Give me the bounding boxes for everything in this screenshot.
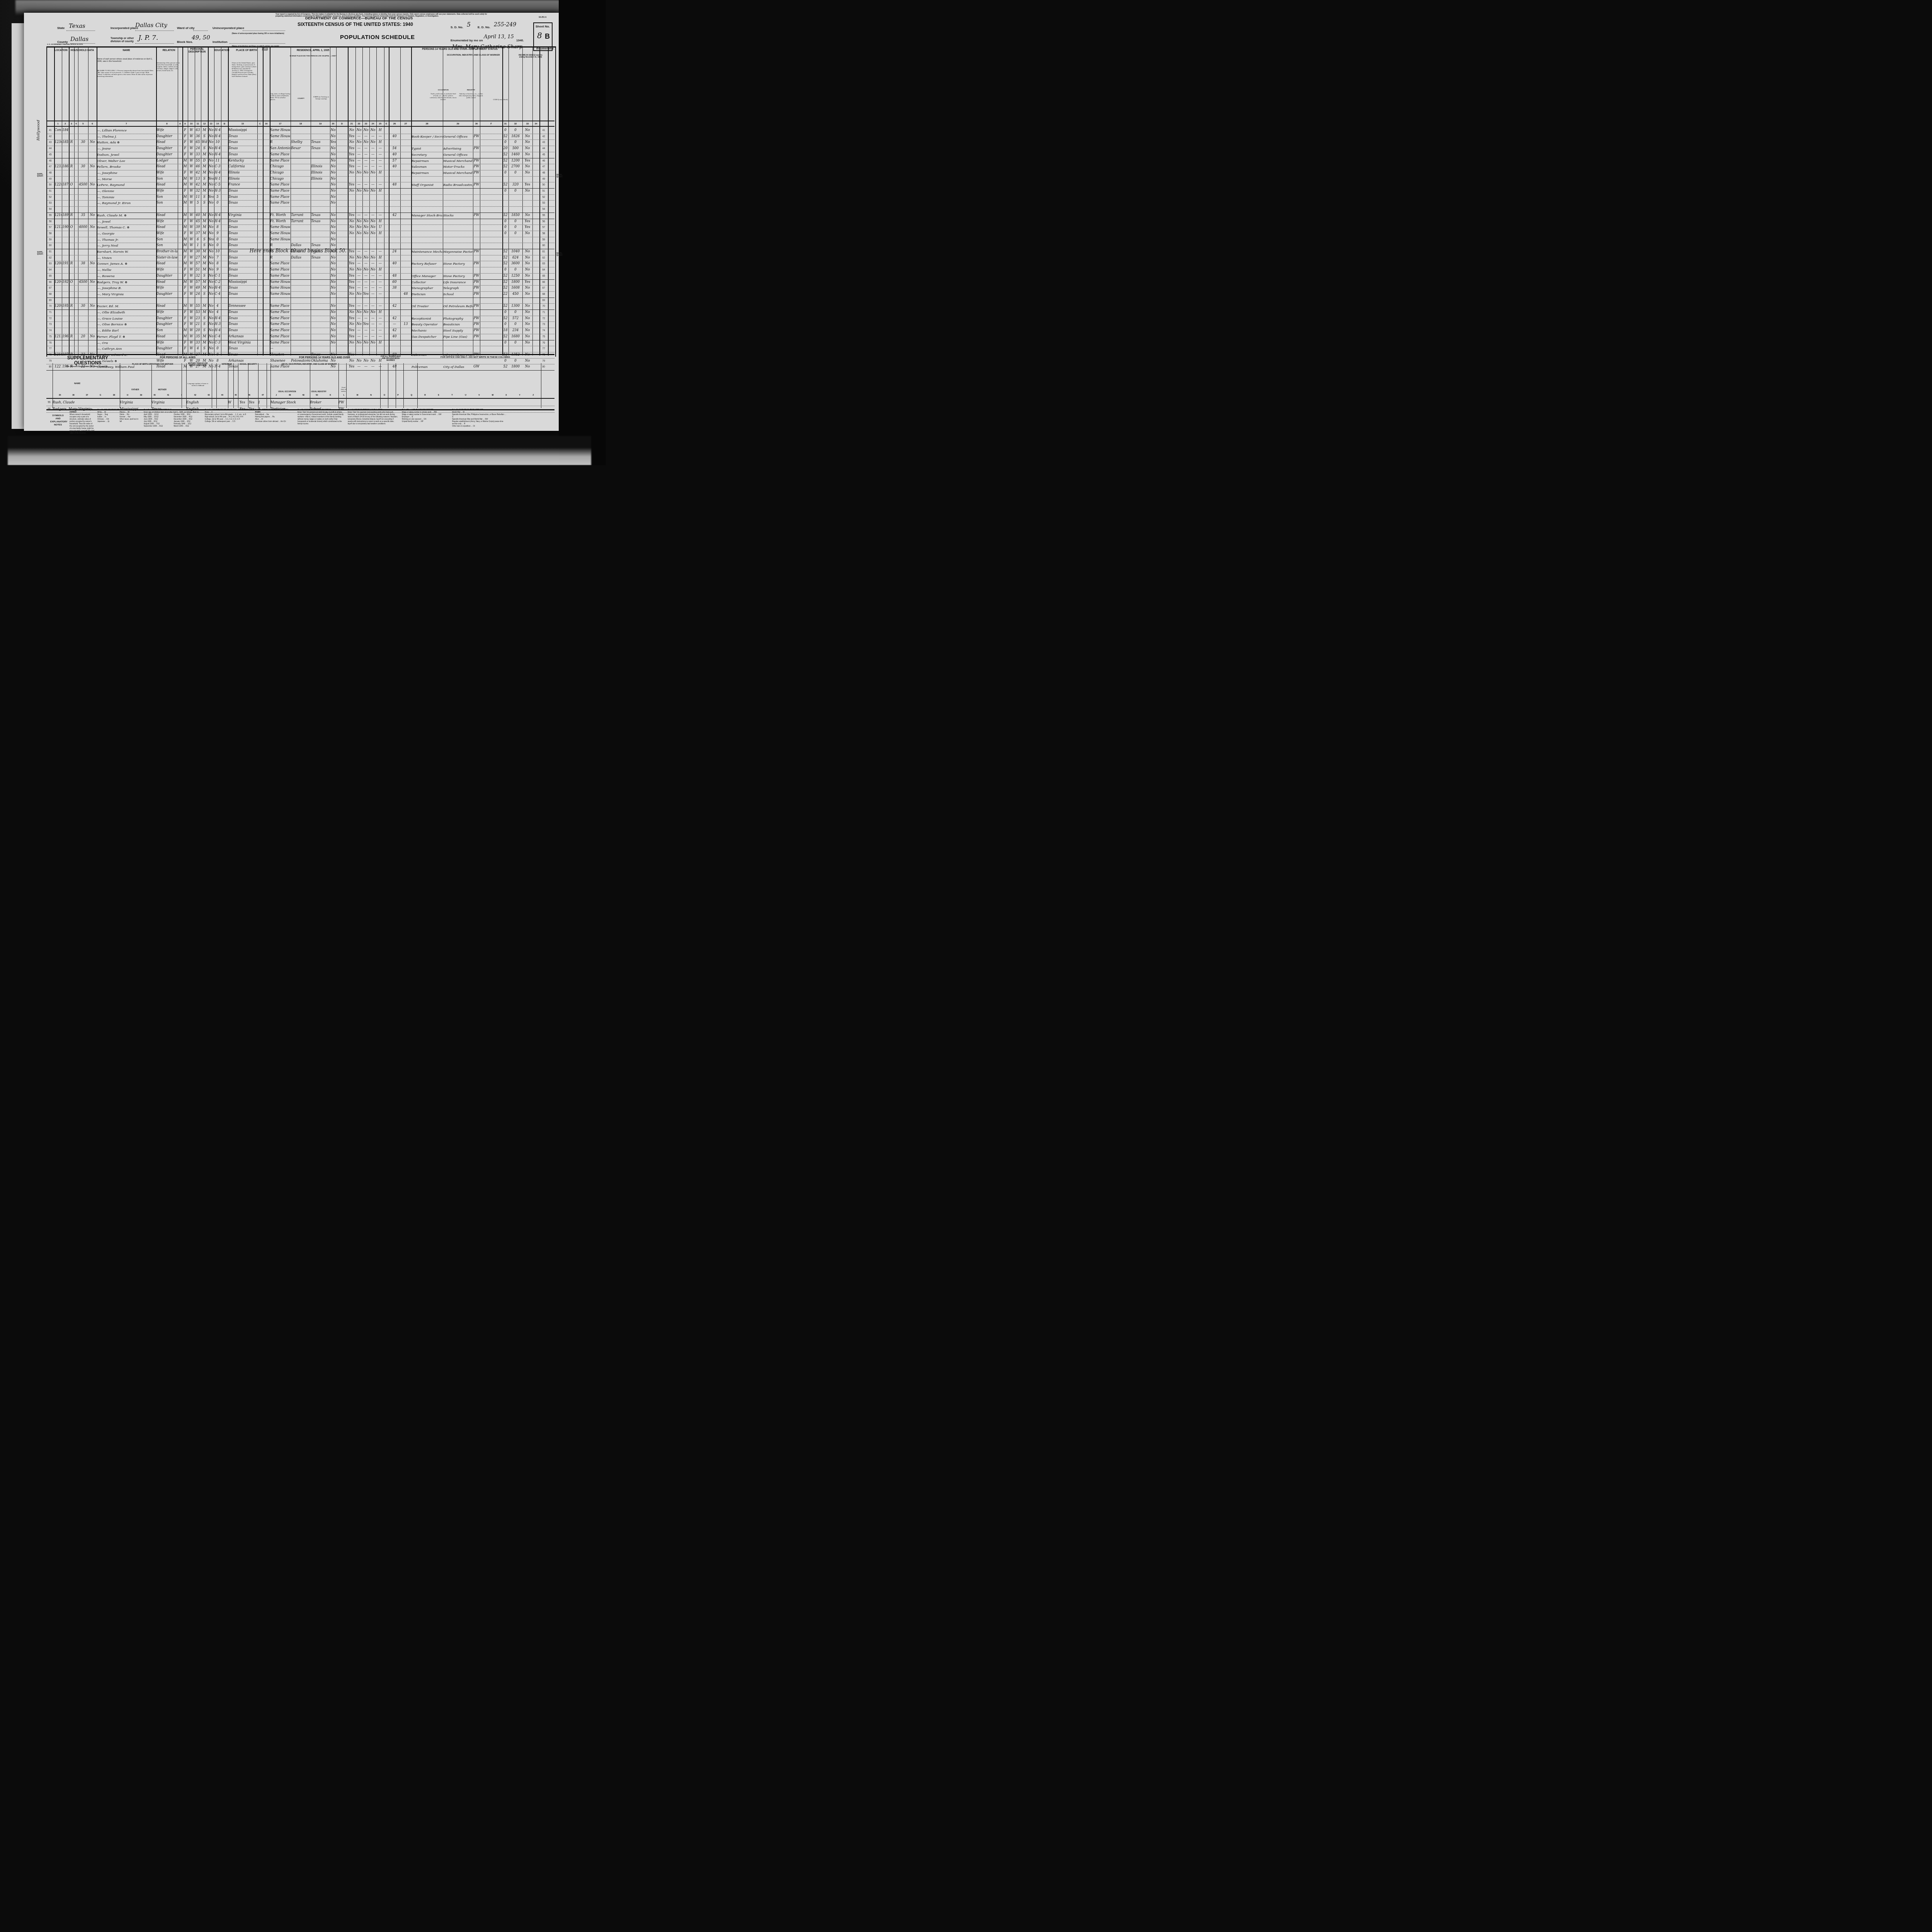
cell-school[interactable]: No bbox=[208, 188, 214, 194]
cell-class[interactable] bbox=[473, 267, 480, 273]
cell-c24[interactable]: — bbox=[370, 334, 376, 340]
cell-res-state[interactable]: Texas bbox=[311, 146, 330, 152]
cell-c26[interactable]: 24 bbox=[389, 249, 400, 255]
cell-c23[interactable]: — bbox=[363, 328, 369, 334]
cell-marital[interactable]: M bbox=[201, 267, 207, 273]
cell-c23[interactable]: — bbox=[363, 273, 369, 279]
cell-res-city[interactable]: Same Place bbox=[270, 152, 290, 158]
table-row[interactable]: 6969 bbox=[46, 298, 554, 304]
cell-res-state[interactable] bbox=[311, 182, 330, 188]
cell-res-city[interactable]: Same House bbox=[270, 134, 290, 140]
cell-value[interactable] bbox=[78, 219, 88, 225]
cell-wages[interactable]: 500 bbox=[509, 146, 522, 152]
cell-school[interactable]: No bbox=[208, 303, 214, 310]
cell-sex[interactable]: M bbox=[183, 164, 187, 170]
cell-birth[interactable]: France bbox=[228, 182, 257, 188]
cell-value[interactable] bbox=[78, 206, 88, 213]
cell-c22[interactable]: No bbox=[356, 188, 362, 194]
cell-farm[interactable] bbox=[88, 316, 96, 322]
cell-own[interactable] bbox=[75, 237, 78, 243]
supp-cell-vet-war[interactable]: W bbox=[228, 400, 233, 406]
cell-name[interactable]: —, Ora bbox=[97, 340, 156, 346]
cell-c23[interactable]: No bbox=[363, 139, 369, 146]
cell-birth[interactable]: Texas bbox=[228, 316, 257, 322]
cell-school[interactable]: No bbox=[208, 231, 214, 237]
cell-c27[interactable] bbox=[401, 273, 411, 279]
cell-house[interactable] bbox=[62, 310, 68, 316]
cell-c25[interactable] bbox=[377, 237, 384, 243]
cell-birth[interactable]: Mississippi bbox=[228, 128, 257, 134]
cell-sex[interactable]: M bbox=[183, 237, 187, 243]
cell-farm[interactable]: No bbox=[88, 182, 96, 188]
cell-school[interactable]: No bbox=[208, 261, 214, 267]
cell-c24[interactable]: No bbox=[370, 255, 376, 261]
cell-relation[interactable]: Daughter bbox=[156, 152, 177, 158]
cell-street[interactable]: 1232 bbox=[54, 164, 61, 170]
cell-c25[interactable] bbox=[377, 298, 384, 304]
cell-industry[interactable]: Life Insurance bbox=[443, 279, 473, 286]
table-row[interactable]: 751213196R20NoFarner, Floyd T. ⊗HeadMW35… bbox=[46, 334, 554, 340]
cell-c26[interactable]: 60 bbox=[389, 279, 400, 286]
cell-sex[interactable]: M bbox=[183, 158, 187, 164]
cell-occupation[interactable]: Office Manager bbox=[412, 273, 442, 279]
cell-c21[interactable]: Yes bbox=[348, 328, 355, 334]
cell-c25[interactable]: H bbox=[377, 267, 384, 273]
cell-grade[interactable]: C-2 bbox=[214, 279, 221, 286]
cell-relation[interactable]: Son bbox=[156, 328, 177, 334]
cell-name[interactable]: —, Rowena bbox=[97, 273, 156, 279]
cell-race[interactable]: W bbox=[188, 134, 194, 140]
cell-sex[interactable]: M bbox=[183, 243, 187, 249]
cell-c27[interactable] bbox=[401, 134, 411, 140]
cell-res-county[interactable] bbox=[291, 134, 310, 140]
cell-industry[interactable]: General Offices bbox=[443, 152, 473, 158]
cell-c23[interactable] bbox=[363, 346, 369, 352]
cell-wages[interactable]: 1200 bbox=[509, 158, 522, 164]
cell-age[interactable]: 53 bbox=[195, 310, 201, 316]
cell-value[interactable] bbox=[78, 176, 88, 182]
cell-c25[interactable]: H bbox=[377, 188, 384, 194]
cell-marital[interactable]: S bbox=[201, 291, 207, 298]
cell-race[interactable]: W bbox=[188, 188, 194, 194]
cell-street[interactable] bbox=[54, 152, 61, 158]
cell-c22[interactable]: — bbox=[356, 182, 362, 188]
cell-c25[interactable]: — bbox=[377, 213, 384, 219]
cell-occupation[interactable] bbox=[412, 310, 442, 316]
cell-hh[interactable] bbox=[69, 267, 74, 273]
cell-relation[interactable]: Head bbox=[156, 224, 177, 231]
cell-marital[interactable]: M bbox=[201, 231, 207, 237]
cell-industry[interactable] bbox=[443, 267, 473, 273]
cell-res-county[interactable] bbox=[291, 273, 310, 279]
cell-c21[interactable]: No bbox=[348, 340, 355, 346]
cell-relation[interactable]: Head bbox=[156, 261, 177, 267]
cell-class[interactable] bbox=[473, 340, 480, 346]
cell-age[interactable]: 36 bbox=[195, 134, 201, 140]
cell-wages[interactable]: 3600 bbox=[509, 261, 522, 267]
cell-relation[interactable] bbox=[156, 206, 177, 213]
cell-house[interactable] bbox=[62, 158, 68, 164]
cell-weeks[interactable]: 0 bbox=[503, 310, 508, 316]
table-row[interactable]: 72—, Grace LouiseDaughterFW23SNoH-4Texas… bbox=[46, 316, 554, 322]
cell-school[interactable]: No bbox=[208, 224, 214, 231]
cell-c26[interactable] bbox=[389, 206, 400, 213]
cell-value[interactable] bbox=[78, 231, 88, 237]
cell-grade[interactable]: C-5 bbox=[214, 182, 221, 188]
cell-res-city[interactable]: Same Place bbox=[270, 261, 290, 267]
cell-class[interactable]: PW bbox=[473, 146, 480, 152]
cell-c25[interactable] bbox=[377, 243, 384, 249]
cell-res-county[interactable] bbox=[291, 206, 310, 213]
cell-res-farm[interactable]: No bbox=[330, 285, 336, 291]
cell-industry[interactable] bbox=[443, 139, 473, 146]
cell-marital[interactable]: M bbox=[201, 219, 207, 225]
cell-birth[interactable] bbox=[228, 298, 257, 304]
cell-res-county[interactable]: Tarrant bbox=[291, 219, 310, 225]
cell-hh[interactable] bbox=[69, 194, 74, 201]
cell-marital[interactable] bbox=[201, 206, 207, 213]
cell-other-inc[interactable]: Yes bbox=[523, 224, 532, 231]
cell-school[interactable]: No bbox=[208, 146, 214, 152]
cell-c21[interactable]: No bbox=[348, 267, 355, 273]
cell-c26[interactable]: 40 bbox=[389, 152, 400, 158]
cell-grade[interactable]: C-4 bbox=[214, 291, 221, 298]
supp-cell-usual-industry[interactable]: Broker bbox=[310, 400, 338, 406]
cell-c25[interactable]: — bbox=[377, 152, 384, 158]
cell-class[interactable]: PW bbox=[473, 249, 480, 255]
cell-grade[interactable] bbox=[214, 206, 221, 213]
cell-sex[interactable]: F bbox=[183, 139, 187, 146]
incorporated-place-value[interactable]: Dallas City bbox=[135, 22, 167, 29]
cell-res-state[interactable] bbox=[311, 346, 330, 352]
cell-res-city[interactable]: Chicago bbox=[270, 176, 290, 182]
cell-grade[interactable] bbox=[214, 298, 221, 304]
cell-other-inc[interactable]: No bbox=[523, 170, 532, 176]
cell-marital[interactable]: M bbox=[201, 182, 207, 188]
cell-res-state[interactable] bbox=[311, 334, 330, 340]
cell-own[interactable] bbox=[75, 158, 78, 164]
supp-cell-language[interactable]: English bbox=[186, 400, 210, 406]
cell-wages[interactable]: 0 bbox=[509, 267, 522, 273]
cell-school[interactable]: No bbox=[208, 310, 214, 316]
cell-name[interactable]: —, Josephine B. bbox=[97, 285, 156, 291]
cell-c22[interactable]: — bbox=[356, 146, 362, 152]
cell-house[interactable]: 187 bbox=[62, 182, 68, 188]
cell-other-inc[interactable]: No bbox=[523, 139, 532, 146]
cell-c21[interactable]: No bbox=[348, 219, 355, 225]
cell-class[interactable] bbox=[473, 243, 480, 249]
cell-c24[interactable] bbox=[370, 243, 376, 249]
cell-weeks[interactable]: 52 bbox=[503, 303, 508, 310]
table-row[interactable]: 49—, MorseSonMW13SYesH-1IllinoisChicagoI… bbox=[46, 176, 554, 182]
cell-grade[interactable]: H-4 bbox=[214, 134, 221, 140]
cell-house[interactable] bbox=[62, 206, 68, 213]
cell-age[interactable]: 55 bbox=[195, 303, 201, 310]
cell-marital[interactable]: Wd bbox=[201, 139, 207, 146]
cell-hh[interactable] bbox=[69, 158, 74, 164]
cell-street[interactable] bbox=[54, 298, 61, 304]
cell-name[interactable] bbox=[97, 298, 156, 304]
cell-res-state[interactable] bbox=[311, 237, 330, 243]
cell-marital[interactable]: S bbox=[201, 194, 207, 201]
cell-class[interactable]: PW bbox=[473, 213, 480, 219]
cell-value[interactable]: 35 bbox=[78, 213, 88, 219]
cell-grade[interactable]: C-1 bbox=[214, 273, 221, 279]
cell-race[interactable]: W bbox=[188, 152, 194, 158]
cell-grade[interactable]: 0 bbox=[214, 346, 221, 352]
cell-relation[interactable]: Wife bbox=[156, 340, 177, 346]
cell-c27[interactable] bbox=[401, 285, 411, 291]
cell-age[interactable]: 33 bbox=[195, 152, 201, 158]
cell-age[interactable]: 57 bbox=[195, 261, 201, 267]
cell-sex[interactable]: M bbox=[183, 194, 187, 201]
cell-industry[interactable]: General Offices bbox=[443, 134, 473, 140]
cell-street[interactable]: 1213 bbox=[54, 334, 61, 340]
cell-wages[interactable]: 0 bbox=[509, 340, 522, 346]
cell-grade[interactable]: 8 bbox=[214, 224, 221, 231]
cell-house[interactable] bbox=[62, 219, 68, 225]
cell-school[interactable]: No bbox=[208, 243, 214, 249]
cell-c24[interactable]: — bbox=[370, 164, 376, 170]
cell-c26[interactable] bbox=[389, 237, 400, 243]
cell-res-county[interactable] bbox=[291, 164, 310, 170]
cell-street[interactable] bbox=[54, 346, 61, 352]
table-row[interactable]: 42—, Thelma J.DaughterFW36SNoH-4TexasSam… bbox=[46, 134, 554, 140]
cell-c22[interactable]: No bbox=[356, 310, 362, 316]
cell-street[interactable] bbox=[54, 249, 61, 255]
cell-c27[interactable] bbox=[401, 224, 411, 231]
cell-race[interactable]: W bbox=[188, 267, 194, 273]
cell-c23[interactable]: — bbox=[363, 316, 369, 322]
cell-c24[interactable]: No bbox=[370, 128, 376, 134]
cell-res-farm[interactable]: No bbox=[330, 213, 336, 219]
cell-wages[interactable]: 450 bbox=[509, 291, 522, 298]
cell-c22[interactable] bbox=[356, 176, 362, 182]
cell-hh[interactable] bbox=[69, 310, 74, 316]
supp-cell-ss-wages[interactable]: 1 bbox=[258, 400, 266, 406]
cell-house[interactable] bbox=[62, 200, 68, 206]
cell-sex[interactable]: F bbox=[183, 146, 187, 152]
cell-relation[interactable]: Brother-in-law bbox=[156, 249, 177, 255]
cell-sex[interactable]: M bbox=[183, 224, 187, 231]
cell-farm[interactable]: No bbox=[88, 261, 96, 267]
cell-res-county[interactable] bbox=[291, 279, 310, 286]
cell-c26[interactable] bbox=[389, 170, 400, 176]
cell-own[interactable] bbox=[75, 249, 78, 255]
cell-marital[interactable]: M bbox=[201, 249, 207, 255]
cell-res-farm[interactable]: No bbox=[330, 200, 336, 206]
cell-age[interactable]: 42 bbox=[195, 170, 201, 176]
cell-c25[interactable]: — bbox=[377, 291, 384, 298]
cell-c22[interactable]: — bbox=[356, 164, 362, 170]
cell-farm[interactable]: No bbox=[88, 213, 96, 219]
cell-race[interactable] bbox=[188, 298, 194, 304]
cell-other-inc[interactable]: No bbox=[523, 261, 532, 267]
cell-c25[interactable] bbox=[377, 176, 384, 182]
cell-c23[interactable]: — bbox=[363, 213, 369, 219]
cell-res-city[interactable]: R bbox=[270, 255, 290, 261]
cell-house[interactable] bbox=[62, 237, 68, 243]
cell-farm[interactable] bbox=[88, 298, 96, 304]
cell-occupation[interactable]: Factory Refuser bbox=[412, 261, 442, 267]
cell-industry[interactable] bbox=[443, 310, 473, 316]
cell-street[interactable]: 1212 bbox=[54, 224, 61, 231]
cell-occupation[interactable]: Gas Despatcher bbox=[412, 334, 442, 340]
supp-cell-mother[interactable]: Virginia bbox=[151, 400, 182, 406]
cell-grade[interactable]: 8 bbox=[214, 261, 221, 267]
cell-occupation[interactable]: Receptionist bbox=[412, 316, 442, 322]
cell-marital[interactable] bbox=[201, 298, 207, 304]
township-value[interactable]: J. P. 7. bbox=[138, 34, 158, 42]
cell-weeks[interactable]: 52 bbox=[503, 285, 508, 291]
block-value[interactable]: 49, 50 bbox=[192, 34, 210, 41]
cell-street[interactable]: 1228 bbox=[54, 182, 61, 188]
cell-age[interactable]: 55 bbox=[195, 158, 201, 164]
cell-c25[interactable]: — bbox=[377, 158, 384, 164]
cell-occupation[interactable] bbox=[412, 231, 442, 237]
cell-wages[interactable]: 0 bbox=[509, 224, 522, 231]
cell-c23[interactable]: — bbox=[363, 182, 369, 188]
cell-c27[interactable] bbox=[401, 152, 411, 158]
cell-own[interactable] bbox=[75, 310, 78, 316]
cell-wages[interactable]: 0 bbox=[509, 310, 522, 316]
cell-own[interactable] bbox=[75, 188, 78, 194]
cell-value[interactable] bbox=[78, 298, 88, 304]
cell-other-inc[interactable]: No bbox=[523, 128, 532, 134]
cell-relation[interactable]: Head bbox=[156, 279, 177, 286]
cell-sex[interactable]: F bbox=[183, 321, 187, 328]
cell-relation[interactable]: Head bbox=[156, 164, 177, 170]
cell-c27[interactable]: 48 bbox=[401, 291, 411, 298]
cell-res-county[interactable] bbox=[291, 176, 310, 182]
cell-house[interactable] bbox=[62, 243, 68, 249]
cell-other-inc[interactable]: No bbox=[523, 255, 532, 261]
cell-c27[interactable] bbox=[401, 267, 411, 273]
cell-sex[interactable] bbox=[183, 206, 187, 213]
cell-school[interactable]: No bbox=[208, 128, 214, 134]
cell-c26[interactable]: 40 bbox=[389, 164, 400, 170]
cell-grade[interactable]: 5 bbox=[214, 194, 221, 201]
cell-farm[interactable]: No bbox=[88, 139, 96, 146]
cell-own[interactable] bbox=[75, 182, 78, 188]
cell-c25[interactable]: H bbox=[377, 231, 384, 237]
cell-other-inc[interactable]: No bbox=[523, 316, 532, 322]
cell-industry[interactable] bbox=[443, 346, 473, 352]
cell-wages[interactable] bbox=[509, 176, 522, 182]
cell-grade[interactable]: 11 bbox=[214, 158, 221, 164]
cell-name[interactable]: Conner, James A. ⊗ bbox=[97, 261, 156, 267]
cell-age[interactable]: 63 bbox=[195, 128, 201, 134]
cell-weeks[interactable]: 0 bbox=[503, 139, 508, 146]
cell-c27[interactable] bbox=[401, 170, 411, 176]
cell-relation[interactable]: Wife bbox=[156, 310, 177, 316]
cell-street[interactable] bbox=[54, 219, 61, 225]
cell-c21[interactable]: Yes bbox=[348, 182, 355, 188]
cell-c23[interactable]: — bbox=[363, 152, 369, 158]
cell-res-state[interactable] bbox=[311, 152, 330, 158]
cell-res-state[interactable] bbox=[311, 291, 330, 298]
cell-res-city[interactable]: Same Place bbox=[270, 158, 290, 164]
cell-name[interactable]: —, Glennie bbox=[97, 188, 156, 194]
cell-value[interactable]: 4000 bbox=[78, 224, 88, 231]
cell-industry[interactable] bbox=[443, 243, 473, 249]
cell-class[interactable] bbox=[473, 346, 480, 352]
cell-grade[interactable]: H-3 bbox=[214, 188, 221, 194]
cell-own[interactable] bbox=[75, 231, 78, 237]
cell-industry[interactable]: Telegraph bbox=[443, 285, 473, 291]
cell-sex[interactable]: M bbox=[183, 328, 187, 334]
cell-c22[interactable]: No bbox=[356, 267, 362, 273]
cell-c21[interactable]: Yes bbox=[348, 164, 355, 170]
cell-res-state[interactable] bbox=[311, 261, 330, 267]
cell-street[interactable]: 1236 bbox=[54, 139, 61, 146]
cell-street[interactable] bbox=[54, 134, 61, 140]
supp-cell-name[interactable]: Rush, Claude bbox=[53, 400, 119, 406]
cell-name[interactable]: —, Jerry Neal bbox=[97, 243, 156, 249]
cell-c27[interactable]: 13 bbox=[401, 321, 411, 328]
cell-c27[interactable] bbox=[401, 219, 411, 225]
cell-res-farm[interactable]: No bbox=[330, 188, 336, 194]
cell-own[interactable] bbox=[75, 255, 78, 261]
cell-house[interactable]: 191 bbox=[62, 261, 68, 267]
cell-street[interactable] bbox=[54, 328, 61, 334]
cell-c25[interactable]: — bbox=[377, 273, 384, 279]
cell-res-farm[interactable]: No bbox=[330, 164, 336, 170]
cell-res-state[interactable] bbox=[311, 224, 330, 231]
cell-c26[interactable] bbox=[389, 224, 400, 231]
cell-other-inc[interactable]: No bbox=[523, 134, 532, 140]
cell-relation[interactable] bbox=[156, 298, 177, 304]
cell-relation[interactable]: Head bbox=[156, 213, 177, 219]
cell-value[interactable]: 30 bbox=[78, 139, 88, 146]
cell-farm[interactable]: No bbox=[88, 279, 96, 286]
cell-res-state[interactable]: Texas bbox=[311, 213, 330, 219]
cell-farm[interactable] bbox=[88, 146, 96, 152]
cell-school[interactable]: No bbox=[208, 267, 214, 273]
cell-c23[interactable]: No bbox=[363, 310, 369, 316]
cell-birth[interactable]: Texas bbox=[228, 152, 257, 158]
cell-other-inc[interactable]: No bbox=[523, 146, 532, 152]
cell-c27[interactable] bbox=[401, 298, 411, 304]
cell-occupation[interactable]: Collector bbox=[412, 279, 442, 286]
cell-industry[interactable] bbox=[443, 206, 473, 213]
cell-hh[interactable] bbox=[69, 255, 74, 261]
cell-occupation[interactable] bbox=[412, 267, 442, 273]
cell-value[interactable]: 30 bbox=[78, 303, 88, 310]
cell-wages[interactable]: 0 bbox=[509, 231, 522, 237]
cell-farm[interactable] bbox=[88, 134, 96, 140]
cell-name[interactable]: —, Raymond Jr. Eiron bbox=[97, 200, 156, 206]
cell-weeks[interactable] bbox=[503, 194, 508, 201]
cell-c24[interactable]: — bbox=[370, 213, 376, 219]
cell-res-farm[interactable]: No bbox=[330, 291, 336, 298]
cell-class[interactable] bbox=[473, 152, 480, 158]
cell-c23[interactable]: No bbox=[363, 170, 369, 176]
cell-value[interactable] bbox=[78, 128, 88, 134]
cell-c22[interactable]: No bbox=[356, 170, 362, 176]
cell-c22[interactable]: — bbox=[356, 273, 362, 279]
cell-class[interactable] bbox=[473, 310, 480, 316]
table-row[interactable]: 62—, VivienSister-in-lawFW27MNo7TexasRDa… bbox=[46, 255, 554, 261]
cell-house[interactable] bbox=[62, 249, 68, 255]
cell-race[interactable]: W bbox=[188, 328, 194, 334]
cell-c24[interactable]: — bbox=[370, 134, 376, 140]
cell-weeks[interactable]: 0 bbox=[503, 321, 508, 328]
cell-value[interactable] bbox=[78, 255, 88, 261]
cell-c22[interactable]: — bbox=[356, 285, 362, 291]
cell-occupation[interactable] bbox=[412, 219, 442, 225]
cell-street[interactable] bbox=[54, 194, 61, 201]
